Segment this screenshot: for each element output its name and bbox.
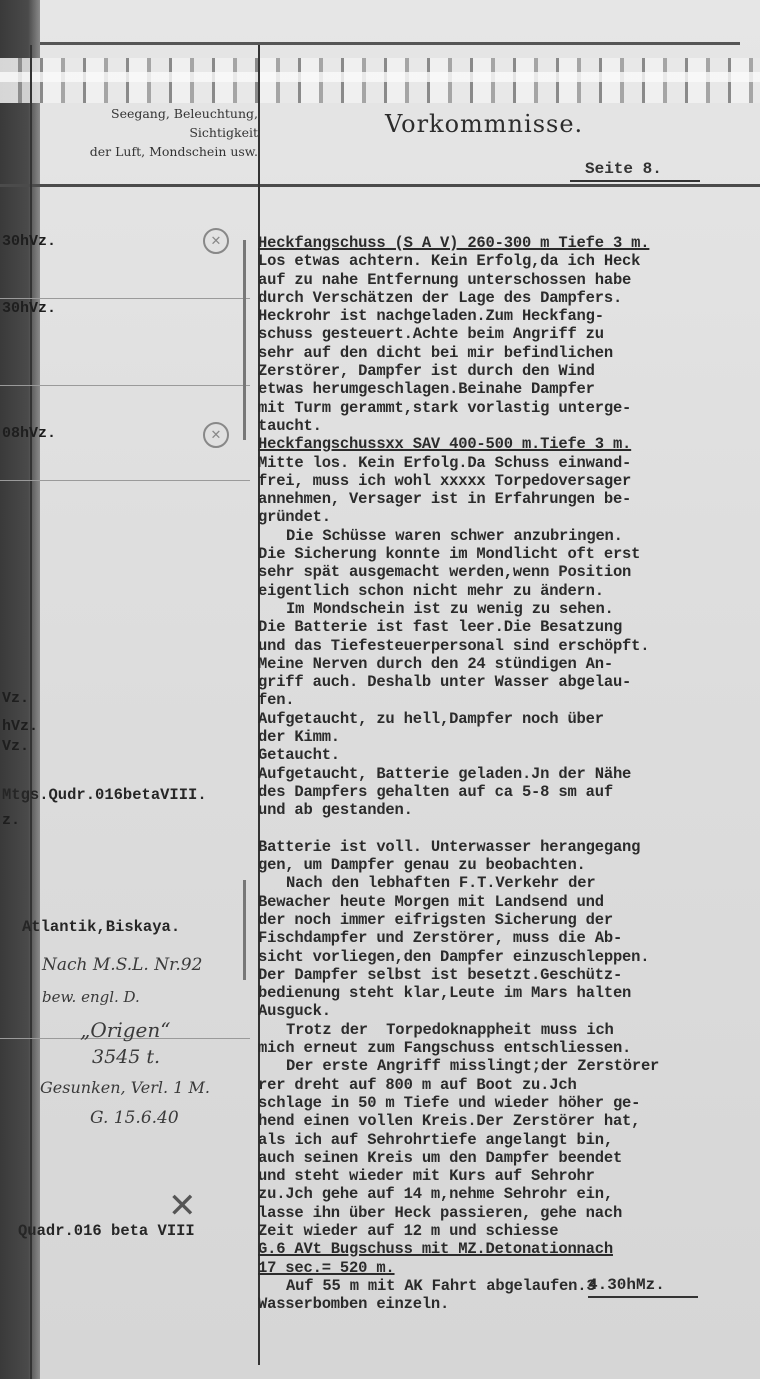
log-line: als ich auf Sehrohrtiefe angelangt bin, (258, 1131, 758, 1149)
log-line: Batterie ist voll. Unterwasser herangega… (258, 838, 758, 856)
page-number: Seite 8. (585, 160, 662, 178)
log-line: Zeit wieder auf 12 m und schiesse (258, 1222, 758, 1240)
log-line: Los etwas achtern. Kein Erfolg,da ich He… (258, 252, 758, 270)
log-line: lasse ihn über Heck passieren, gehe nach (258, 1204, 758, 1222)
handwritten-note: 3545 t. (92, 1046, 160, 1068)
handwritten-note: „Origen“ (80, 1018, 170, 1042)
log-line (258, 820, 758, 838)
log-line: Zerstörer, Dampfer ist durch den Wind (258, 362, 758, 380)
log-line: auf zu nahe Entfernung unterschossen hab… (258, 271, 758, 289)
log-line: Bewacher heute Morgen mit Landsend und (258, 893, 758, 911)
log-line: Getaucht. (258, 746, 758, 764)
log-line: Im Mondschein ist zu wenig zu sehen. (258, 600, 758, 618)
log-line: Die Sicherung konnte im Mondlicht oft er… (258, 545, 758, 563)
log-line: rer dreht auf 800 m auf Boot zu.Jch (258, 1076, 758, 1094)
log-line: schuss gesteuert.Achte beim Angriff zu (258, 325, 758, 343)
handwritten-note: bew. engl. D. (42, 988, 140, 1006)
log-line: fen. (258, 691, 758, 709)
log-line: annehmen, Versager ist in Erfahrungen be… (258, 490, 758, 508)
log-line: mich erneut zum Fangschuss entschliessen… (258, 1039, 758, 1057)
log-line: Nach den lebhaften F.T.Verkehr der (258, 874, 758, 892)
log-line: Fischdampfer und Zerstörer, muss die Ab- (258, 929, 758, 947)
log-line: Aufgetaucht, Batterie geladen.Jn der Näh… (258, 765, 758, 783)
log-line: Meine Nerven durch den 24 stündigen An- (258, 655, 758, 673)
heading-line: der Luft, Mondschein usw. (48, 142, 258, 161)
log-line: G.6 AVt Bugschuss mit MZ.Detonationnach (258, 1240, 758, 1258)
area-note: Atlantik,Biskaya. (22, 918, 180, 936)
log-line: Aufgetaucht, zu hell,Dampfer noch über (258, 710, 758, 728)
log-line: hend einen vollen Kreis.Der Zerstörer ha… (258, 1112, 758, 1130)
margin-time: 30hVz. (2, 233, 56, 250)
log-line: der Kimm. (258, 728, 758, 746)
log-line: sehr spät ausgemacht werden,wenn Positio… (258, 563, 758, 581)
margin-time: 08hVz. (2, 425, 56, 442)
margin-time: 30hVz. (2, 300, 56, 317)
closing-time-underline (588, 1296, 698, 1298)
log-line: Trotz der Torpedoknappheit muss ich (258, 1021, 758, 1039)
log-line: schlage in 50 m Tiefe und wieder höher g… (258, 1094, 758, 1112)
torn-paper-highlight (0, 72, 760, 82)
log-line: Mitte los. Kein Erfolg.Da Schuss einwand… (258, 454, 758, 472)
log-line: eigentlich schon nicht mehr zu ändern. (258, 582, 758, 600)
log-line: Der erste Angriff misslingt;der Zerstöre… (258, 1057, 758, 1075)
margin-time: Vz. (2, 690, 29, 707)
log-line: Heckfangschuss (S A V) 260-300 m Tiefe 3… (258, 234, 758, 252)
handwritten-signature-date: G. 15.6.40 (90, 1108, 179, 1128)
log-line: Auf 55 m mit AK Fahrt abgelaufen.3 (258, 1277, 758, 1295)
log-line: sehr auf den dicht bei mir befindlichen (258, 344, 758, 362)
log-line: und das Tiefesteuerpersonal sind erschöp… (258, 637, 758, 655)
margin-bracket (243, 880, 246, 980)
circled-x-icon: ✕ (203, 228, 229, 254)
log-line: der noch immer eifrigsten Sicherung der (258, 911, 758, 929)
margin-time: Vz. (2, 738, 29, 755)
left-column-heading: Seegang, Beleuchtung, Sichtigkeit der Lu… (48, 104, 258, 161)
heading-line: Seegang, Beleuchtung, Sichtigkeit (48, 104, 258, 142)
position-note: Mtgs.Qudr.016betaVIII. (2, 786, 207, 804)
log-line: Ausguck. (258, 1002, 758, 1020)
log-line: taucht. (258, 417, 758, 435)
margin-time: z. (2, 812, 20, 829)
page-title: Vorkommnisse. (385, 110, 583, 138)
handwritten-note: Gesunken, Verl. 1 M. (40, 1078, 210, 1097)
log-line: Heckfangschussxx SAV 400-500 m.Tiefe 3 m… (258, 435, 758, 453)
faint-rule (0, 298, 250, 299)
log-line: frei, muss ich wohl xxxxx Torpedoversage… (258, 472, 758, 490)
top-rule (40, 42, 740, 45)
log-line: bedienung steht klar,Leute im Mars halte… (258, 984, 758, 1002)
log-line: auch seinen Kreis um den Dampfer beendet (258, 1149, 758, 1167)
margin-time: hVz. (2, 718, 38, 735)
log-line: und ab gestanden. (258, 801, 758, 819)
log-line: griff auch. Deshalb unter Wasser abgelau… (258, 673, 758, 691)
log-line: durch Verschätzen der Lage des Dampfers. (258, 289, 758, 307)
log-line: zu.Jch gehe auf 14 m,nehme Sehrohr ein, (258, 1185, 758, 1203)
log-line: gründet. (258, 508, 758, 526)
scanned-log-page: Seegang, Beleuchtung, Sichtigkeit der Lu… (0, 0, 760, 1379)
log-line: des Dampfers gehalten auf ca 5-8 sm auf (258, 783, 758, 801)
page-number-underline (570, 180, 700, 182)
log-line: Die Batterie ist fast leer.Die Besatzung (258, 618, 758, 636)
log-line: gen, um Dampfer genau zu beobachten. (258, 856, 758, 874)
header-rule (0, 184, 760, 187)
log-line: 17 sec.= 520 m. (258, 1259, 758, 1277)
faint-rule (0, 385, 250, 386)
log-line: sicht vorliegen,den Dampfer einzuschlepp… (258, 948, 758, 966)
faint-rule (0, 480, 250, 481)
log-line: mit Turm gerammt,stark vorlastig unterge… (258, 399, 758, 417)
handwritten-note: Nach M.S.L. Nr.92 (42, 955, 202, 975)
closing-time: 4.30hMz. (588, 1276, 665, 1294)
log-line: etwas herumgeschlagen.Beinahe Dampfer (258, 380, 758, 398)
log-line: Die Schüsse waren schwer anzubringen. (258, 527, 758, 545)
circled-x-icon: ✕ (203, 422, 229, 448)
margin-bracket (243, 240, 246, 440)
log-line: Heckrohr ist nachgeladen.Zum Heckfang- (258, 307, 758, 325)
cross-mark-icon: ✕ (168, 1186, 197, 1226)
log-line: Der Dampfer selbst ist besetzt.Geschütz- (258, 966, 758, 984)
log-body: Heckfangschuss (S A V) 260-300 m Tiefe 3… (258, 234, 758, 1314)
log-line: und steht wieder mit Kurs auf Sehrohr (258, 1167, 758, 1185)
